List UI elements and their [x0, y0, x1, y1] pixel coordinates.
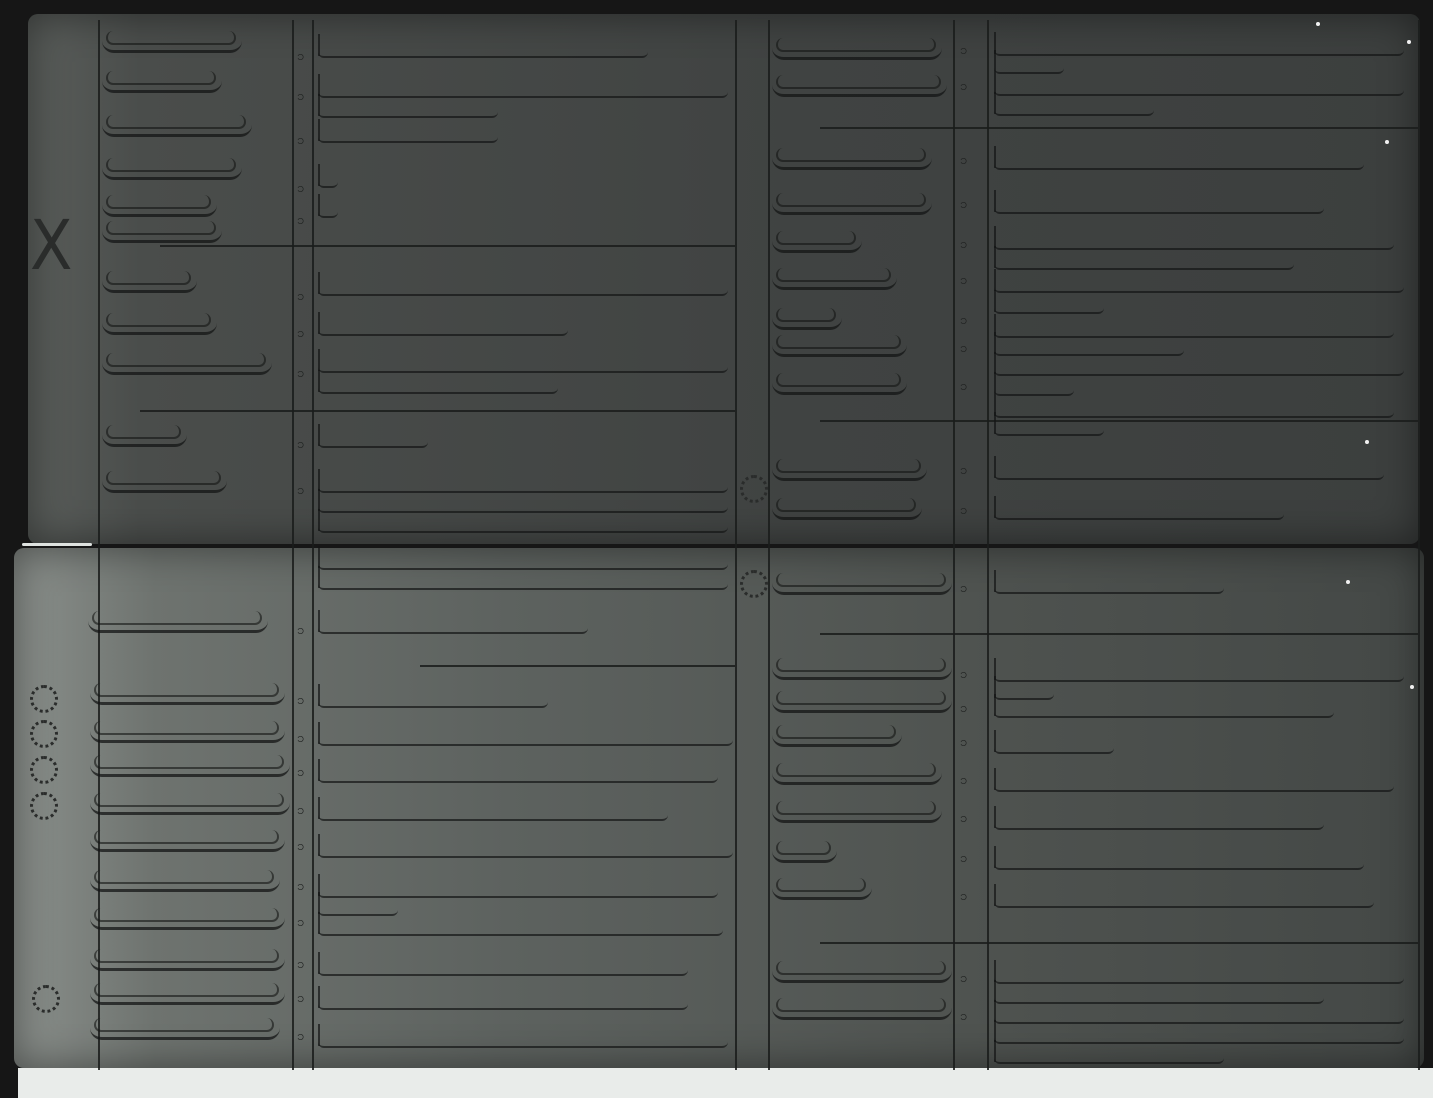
- ruling-center-right: [768, 20, 770, 1070]
- photo-speck: [1410, 685, 1414, 689]
- handwritten-description: [994, 152, 1364, 170]
- ruling-name-col: [292, 20, 294, 1070]
- handwritten-name: [102, 268, 197, 293]
- handwritten-description: [318, 918, 723, 936]
- rosette-ornament-icon: [30, 720, 58, 748]
- rosette-ornament-icon: [30, 756, 58, 784]
- handwritten-name: [772, 370, 907, 395]
- entry-numeral: ၁: [297, 730, 304, 749]
- handwritten-description: [994, 378, 1074, 396]
- section-divider: [160, 245, 735, 247]
- handwritten-description: [318, 1030, 728, 1048]
- handwritten-description: [318, 690, 548, 708]
- handwritten-name: [772, 145, 932, 170]
- handwritten-description: [318, 880, 718, 898]
- handwritten-description: [318, 355, 728, 373]
- handwritten-name: [772, 760, 942, 785]
- handwritten-name: [90, 718, 285, 743]
- handwritten-name: [772, 570, 952, 595]
- handwritten-name: [772, 875, 872, 900]
- ruling-center-left: [735, 20, 737, 1070]
- section-divider: [420, 665, 735, 667]
- handwritten-description: [994, 358, 1404, 376]
- entry-numeral: ၁: [960, 340, 967, 359]
- handwritten-name: [90, 867, 280, 892]
- handwritten-description: [994, 1026, 1404, 1044]
- entry-numeral: ၁: [297, 1028, 304, 1047]
- photo-speck: [1316, 22, 1320, 26]
- handwritten-name: [90, 752, 290, 777]
- handwritten-description: [318, 803, 668, 821]
- handwritten-name: [772, 838, 837, 863]
- handwritten-name: [772, 72, 947, 97]
- handwritten-description: [318, 40, 648, 58]
- entry-numeral: ၁: [960, 888, 967, 907]
- entry-numeral: ၁: [297, 878, 304, 897]
- handwritten-name: [772, 688, 952, 713]
- handwritten-name: [102, 218, 222, 243]
- handwritten-description: [994, 78, 1404, 96]
- entry-numeral: ၁: [960, 152, 967, 171]
- handwritten-description: [318, 80, 728, 98]
- handwritten-description: [318, 958, 688, 976]
- rosette-ornament-icon: [30, 685, 58, 713]
- handwritten-description: [994, 252, 1294, 270]
- handwritten-description: [318, 495, 728, 513]
- handwritten-name: [90, 827, 285, 852]
- handwritten-description: [994, 890, 1374, 908]
- entry-numeral: ၁: [960, 772, 967, 791]
- handwritten-name: [90, 1015, 280, 1040]
- handwritten-description: [994, 736, 1114, 754]
- entry-numeral: ၁: [960, 810, 967, 829]
- handwritten-name: [88, 608, 268, 633]
- handwritten-description: [994, 275, 1404, 293]
- handwritten-description: [994, 502, 1284, 520]
- handwritten-name: [772, 305, 842, 330]
- handwritten-description: [318, 898, 398, 916]
- section-divider: [820, 127, 1418, 129]
- ruling-numeral-col-right: [987, 20, 989, 1070]
- handwritten-name: [772, 495, 922, 520]
- handwritten-description: [318, 616, 588, 634]
- handwritten-description: [994, 576, 1224, 594]
- section-divider: [820, 942, 1418, 944]
- handwritten-description: [994, 986, 1324, 1004]
- handwritten-name: [102, 28, 242, 53]
- handwritten-name: [772, 228, 862, 253]
- handwritten-description: [994, 1006, 1404, 1024]
- manuscript-photograph: X ၁ ၁ ၁ ၁ ၁ ၁ ၁ ၁ ၁ ၁: [0, 0, 1433, 1098]
- handwritten-name: [102, 155, 242, 180]
- handwritten-description: [994, 320, 1394, 338]
- handwritten-description: [318, 992, 688, 1010]
- entry-numeral: ၁: [297, 180, 304, 199]
- entry-numeral: ၁: [960, 850, 967, 869]
- handwritten-name: [90, 946, 285, 971]
- entry-numeral: ၁: [297, 838, 304, 857]
- entry-numeral: ၁: [297, 132, 304, 151]
- entry-numeral: ၁: [960, 700, 967, 719]
- x-mark: X: [30, 212, 72, 280]
- handwritten-description: [994, 296, 1104, 314]
- handwritten-description: [994, 664, 1404, 682]
- ruling-right-edge: [1418, 20, 1420, 1070]
- entry-numeral: ၁: [960, 502, 967, 521]
- handwritten-name: [772, 958, 952, 983]
- rosette-ornament-icon: [32, 985, 60, 1013]
- handwritten-description: [318, 765, 718, 783]
- entry-numeral: ၁: [297, 914, 304, 933]
- entry-numeral: ၁: [960, 970, 967, 989]
- entry-numeral: ၁: [297, 802, 304, 821]
- handwritten-name: [90, 905, 285, 930]
- entry-numeral: ၁: [960, 236, 967, 255]
- entry-numeral: ၁: [960, 272, 967, 291]
- rosette-ornament-icon: [30, 792, 58, 820]
- entry-numeral: ၁: [960, 734, 967, 753]
- handwritten-description: [318, 728, 733, 746]
- entry-numeral: ၁: [960, 78, 967, 97]
- background-strip: [18, 1068, 1433, 1098]
- handwritten-description: [318, 100, 498, 118]
- handwritten-description: [994, 98, 1154, 116]
- entry-numeral: ၁: [297, 622, 304, 641]
- entry-numeral: ၁: [960, 378, 967, 397]
- photo-speck: [1407, 40, 1411, 44]
- handwritten-description: [318, 840, 733, 858]
- handwritten-name: [102, 192, 217, 217]
- entry-numeral: ၁: [297, 325, 304, 344]
- section-divider: [820, 420, 1418, 422]
- handwritten-name: [772, 798, 942, 823]
- handwritten-name: [102, 68, 222, 93]
- handwritten-description: [994, 400, 1394, 418]
- handwritten-name: [772, 332, 907, 357]
- entry-numeral: ၁: [960, 462, 967, 481]
- handwritten-name: [102, 468, 227, 493]
- entry-numeral: ၁: [297, 48, 304, 67]
- handwritten-description: [994, 1046, 1224, 1064]
- handwritten-description: [318, 200, 338, 218]
- entry-numeral: ၁: [960, 666, 967, 685]
- entry-numeral: ၁: [297, 365, 304, 384]
- handwritten-description: [318, 430, 428, 448]
- entry-numeral: ၁: [297, 436, 304, 455]
- handwritten-name: [102, 422, 187, 447]
- entry-numeral: ၁: [297, 764, 304, 783]
- handwritten-description: [318, 572, 728, 590]
- handwritten-name: [772, 655, 952, 680]
- entry-numeral: ၁: [297, 990, 304, 1009]
- entry-numeral: ၁: [960, 580, 967, 599]
- handwritten-name: [90, 980, 285, 1005]
- handwritten-description: [318, 475, 728, 493]
- handwritten-description: [318, 376, 558, 394]
- handwritten-description: [994, 38, 1404, 56]
- section-divider: [140, 410, 735, 412]
- handwritten-description: [994, 774, 1394, 792]
- handwritten-description: [318, 515, 728, 533]
- ruling-name-col-right: [953, 20, 955, 1070]
- entry-numeral: ၁: [297, 88, 304, 107]
- handwritten-description: [994, 462, 1384, 480]
- entry-numeral: ၁: [960, 1008, 967, 1027]
- entry-numeral: ၁: [960, 42, 967, 61]
- handwritten-name: [772, 35, 942, 60]
- handwritten-description: [994, 196, 1324, 214]
- handwritten-description: [318, 552, 728, 570]
- entry-numeral: ၁: [297, 956, 304, 975]
- handwritten-name: [102, 112, 252, 137]
- entry-numeral: ၁: [297, 212, 304, 231]
- entry-numeral: ၁: [960, 312, 967, 331]
- handwritten-description: [994, 852, 1364, 870]
- handwritten-name: [772, 456, 927, 481]
- handwritten-name: [772, 995, 952, 1020]
- handwritten-description: [318, 125, 498, 143]
- handwritten-name: [90, 790, 290, 815]
- handwritten-description: [994, 338, 1184, 356]
- handwritten-name: [90, 680, 285, 705]
- photo-speck: [1365, 440, 1369, 444]
- handwritten-description: [994, 232, 1394, 250]
- handwritten-description: [318, 278, 728, 296]
- entry-numeral: ၁: [297, 288, 304, 307]
- handwritten-name: [772, 190, 932, 215]
- handwritten-description: [994, 700, 1334, 718]
- handwritten-name: [772, 265, 897, 290]
- handwritten-name: [102, 350, 272, 375]
- handwritten-description: [994, 418, 1104, 436]
- entry-numeral: ၁: [960, 196, 967, 215]
- rosette-ornament-icon: [740, 570, 768, 598]
- fold-highlight: [22, 543, 92, 546]
- handwritten-name: [772, 722, 902, 747]
- entry-numeral: ၁: [297, 692, 304, 711]
- photo-speck: [1385, 140, 1389, 144]
- handwritten-description: [994, 812, 1324, 830]
- handwritten-description: [994, 966, 1404, 984]
- rosette-ornament-icon: [740, 475, 768, 503]
- ruling-numeral-col: [312, 20, 314, 1070]
- handwritten-name: [102, 310, 217, 335]
- entry-numeral: ၁: [297, 482, 304, 501]
- handwritten-description: [318, 170, 338, 188]
- section-divider: [820, 633, 1418, 635]
- handwritten-description: [318, 318, 568, 336]
- photo-speck: [1346, 580, 1350, 584]
